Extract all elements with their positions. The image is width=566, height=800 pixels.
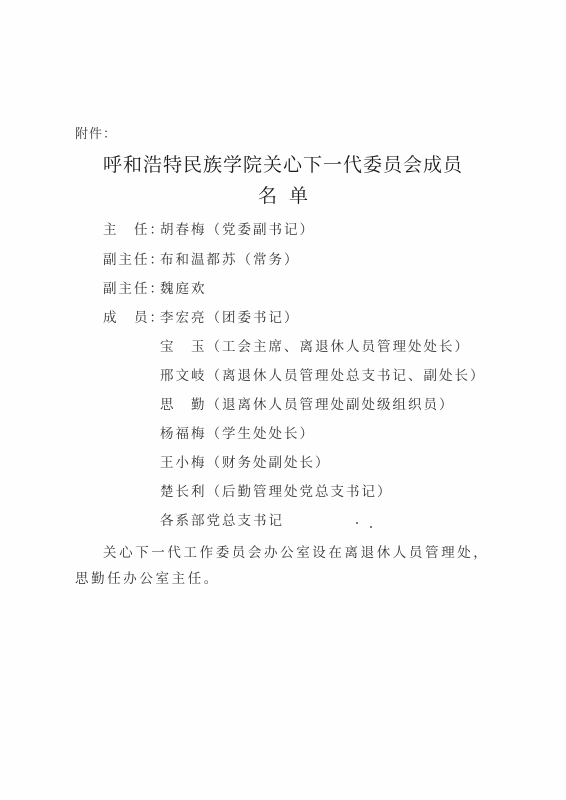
leader-row-deputy-2: 副主任：魏庭欢 (103, 277, 207, 297)
member-item: 思 勤（退离休人员管理处副处级组织员） (160, 393, 455, 413)
document-subtitle: 名单 (0, 181, 566, 208)
member-item: 王小梅（财务处副处长） (160, 451, 331, 471)
leader-row-deputy-1: 副主任：布和温都苏（常务） (103, 248, 300, 268)
role-label: 成 员： (103, 306, 160, 326)
leader-row-members: 成 员：李宏亮（团委书记） (103, 306, 300, 326)
member-item: 杨福梅（学生处处长） (160, 422, 315, 442)
person-name: 胡春梅（党委副书记） (160, 222, 315, 238)
person-name: 布和温都苏（常务） (160, 252, 300, 268)
scan-speck (370, 526, 372, 528)
attachment-label: 附件： (75, 123, 117, 142)
leader-row-director: 主 任：胡春梅（党委副书记） (103, 218, 315, 238)
document-title: 呼和浩特民族学院关心下一代委员会成员 (0, 150, 566, 177)
scan-speck (356, 522, 358, 524)
role-label: 主 任： (103, 218, 160, 238)
person-name: 李宏亮（团委书记） (160, 310, 300, 326)
member-item: 邢文岐（离退休人员管理处总支书记、副处长） (160, 364, 486, 384)
role-label: 副主任： (103, 248, 160, 268)
document-page: 附件： 呼和浩特民族学院关心下一代委员会成员 名单 主 任：胡春梅（党委副书记）… (0, 0, 566, 800)
role-label: 副主任： (103, 277, 160, 297)
person-name: 魏庭欢 (160, 281, 207, 297)
member-item: 各系部党总支书记 (160, 509, 284, 529)
closing-paragraph-line1: 关心下一代工作委员会办公室设在离退休人员管理处， (103, 541, 489, 561)
member-item: 宝 玉（工会主席、离退休人员管理处处长） (160, 335, 470, 355)
closing-paragraph-line2: 思勤任办公室主任。 (75, 567, 220, 587)
member-item: 楚长利（后勤管理处党总支书记） (160, 480, 393, 500)
